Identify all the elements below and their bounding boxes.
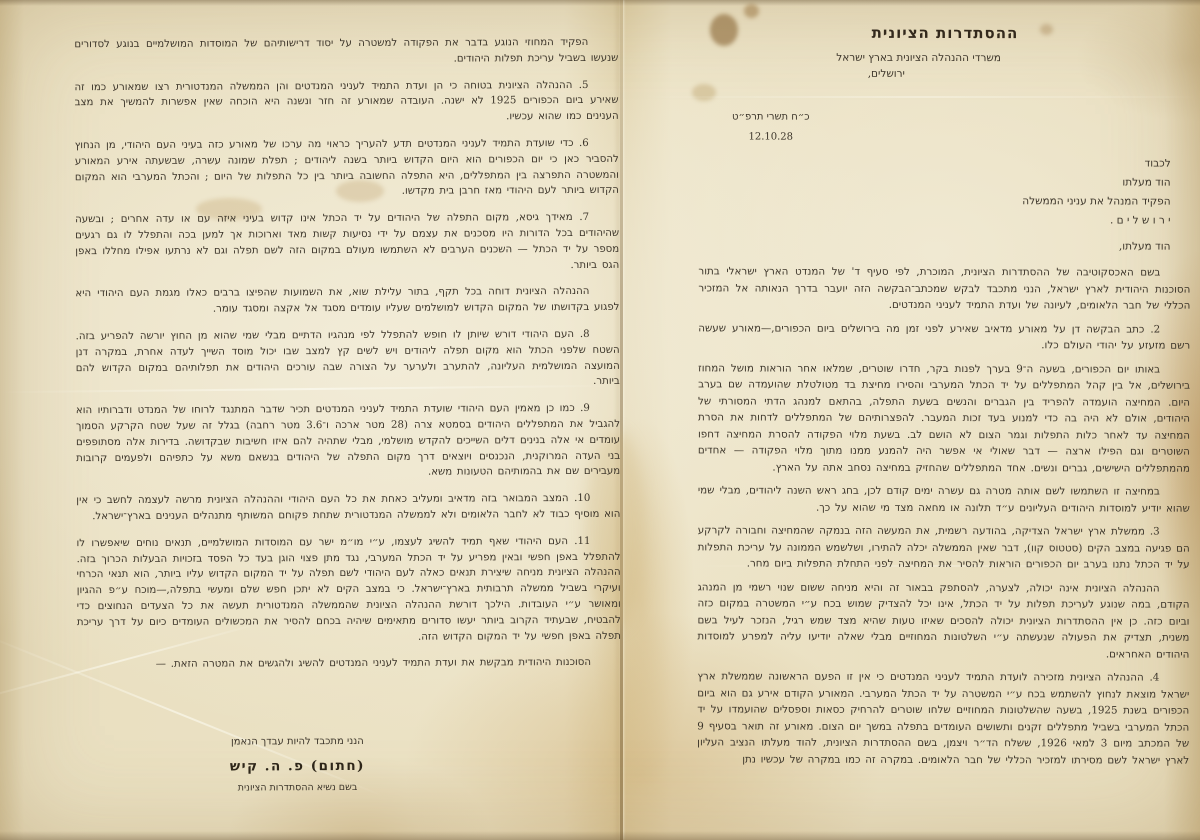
signature-name: (חתום) פ. ה. קיש [172,758,422,775]
date-block: כ״ח תשרי תרפ״ט 12.10.28 [725,107,817,147]
recipient-line-officer: הפקיד המנהל את עניני הממשלה [1022,192,1170,211]
closing-line: הנני מתכבד להיות עבדך הנאמן [172,736,422,748]
paragraph-response: ההנהלה הציונית אינה יכולה, לצערה, להסתפק… [697,579,1189,663]
signature-title: בשם נשיא ההסתדרות הציונית [173,782,423,794]
recipient-line-city: י ר ו ש ל י ם . [1022,211,1170,230]
paragraph-5: 5. ההנהלה הציונית בטוחה כי הן ועדת התמיד… [74,77,618,127]
scanned-letter: ההסתדרות הציונית משרדי ההנהלה הציונית בא… [0,0,1200,840]
paragraph-11: 11. העם היהודי שאף תמיד להשיג לעצמו, ע״י… [76,534,620,647]
paragraph-continuation: הפקיד המחוזי הנוגע בדבר את הפקודה למשטרה… [74,35,618,69]
salutation: הוד מעלתו, [1119,240,1171,252]
recipient-address: לכבוד הוד מעלתו הפקיד המנהל את עניני הממ… [1022,154,1171,230]
paragraph-7: 7. מאידך גיסא, מקום התפלה של היהודים על … [75,210,619,276]
office-city: ירושלים, [699,67,1191,80]
paragraph-4: 4. ההנהלה הציונית מזכירה לועדת התמיד לענ… [697,668,1189,768]
paragraph-incident: באותו יום הכפורים, בשעה ה־9 בערך לפנות ב… [698,360,1190,477]
paragraph-8: 8. העם היהודי דורש שיותן לו חופש להתפלל … [76,327,620,393]
paragraph-10: 10. המצב המבואר בזה מדאיב ומעליב כאחת את… [76,491,620,525]
page-1-body: בשם האכסקוטיבה של ההסתדרות הציונית, המוכ… [697,263,1190,775]
paper-stain [744,4,759,18]
organization-title: ההסתדרות הציונית [699,23,1191,42]
paragraph-intro: בשם האכסקוטיבה של ההסתדרות הציונית, המוכ… [698,263,1190,314]
paragraph-denial: ההנהלה הציונית דוחה בכל תקף, בתור עלילת … [75,284,619,318]
hebrew-date: כ״ח תשרי תרפ״ט [725,107,817,127]
recipient-line-honorific: לכבוד [1022,154,1170,173]
office-line: משרדי ההנהלה הציונית בארץ ישראל [699,51,1191,64]
paragraph-6: 6. כדי שועדת התמיד לעניני המנדטים תדע לה… [75,136,619,202]
paragraph-2: 2. כתב הבקשה דן על מאורע מדאיב שאירע לפנ… [698,320,1190,354]
letter-page-1: ההסתדרות הציונית משרדי ההנהלה הציונית בא… [697,23,1191,824]
paragraph-request: הסוכנות היהודית מבקשת את ועדת התמיד לעני… [77,655,621,673]
paragraph-9: 9. כמו כן מאמין העם היהודי שועדת התמיד ל… [76,401,620,482]
letter-page-2: הפקיד המחוזי הנוגע בדבר את הפקודה למשטרה… [74,35,621,827]
paragraph-3: 3. ממשלת ארץ ישראל הצדיקה, בהודעה רשמית,… [698,522,1190,573]
paragraph-screen-use: במחיצה זו השתמשו לשם אותה מטרה גם עשרה י… [698,482,1190,516]
signature-block: הנני מתכבד להיות עבדך הנאמן (חתום) פ. ה.… [172,736,422,794]
recipient-line-excellency: הוד מעלתו [1022,173,1170,192]
civil-date: 12.10.28 [725,127,817,147]
